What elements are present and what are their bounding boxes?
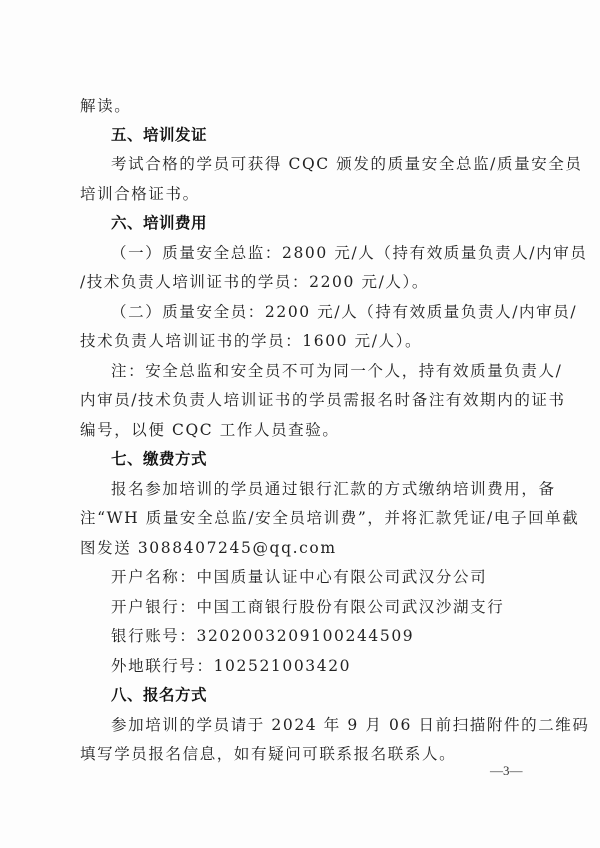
paragraph-line: 外地联行号：102521003420 — [111, 656, 530, 676]
paragraph-line: 图发送 3088407245@qq.com — [80, 538, 530, 558]
paragraph-line: 注“WH 质量安全总监/安全员培训费”，并将汇款凭证/电子回单截 — [80, 508, 530, 528]
paragraph-line: /技术负责人培训证书的学员：2200 元/人）。 — [80, 272, 530, 292]
paragraph-line: 注：安全总监和安全员不可为同一个人，持有效质量负责人/ — [111, 361, 530, 381]
paragraph-line: 培训合格证书。 — [80, 184, 530, 204]
paragraph-line: 考试合格的学员可获得 CQC 颁发的质量安全总监/质量安全员 — [111, 154, 530, 174]
paragraph-line: 技术负责人培训证书的学员：1600 元/人）。 — [80, 331, 530, 351]
section-heading: 七、缴费方式 — [111, 449, 207, 469]
paragraph-line: 开户银行：中国工商银行股份有限公司武汉沙湖支行 — [111, 597, 530, 617]
paragraph-line: 开户名称：中国质量认证中心有限公司武汉分公司 — [111, 567, 530, 587]
page-number: —3— — [490, 763, 523, 779]
paragraph-line: 解读。 — [80, 96, 530, 116]
paragraph-line: 银行账号：3202003209100244509 — [111, 626, 530, 646]
paragraph-line: 参加培训的学员请于 2024 年 9 月 06 日前扫描附件的二维码 — [111, 715, 530, 735]
paragraph-line: （一）质量安全总监：2800 元/人（持有效质量负责人/内审员 — [111, 243, 530, 263]
paragraph-line: 报名参加培训的学员通过银行汇款的方式缴纳培训费用，备 — [111, 479, 530, 499]
paragraph-line: 编号，以便 CQC 工作人员查验。 — [80, 420, 530, 440]
paragraph-line: 填写学员报名信息，如有疑问可联系报名联系人。 — [80, 744, 530, 764]
document-page: 解读。五、培训发证考试合格的学员可获得 CQC 颁发的质量安全总监/质量安全员培… — [0, 0, 600, 848]
paragraph-line: （二）质量安全员：2200 元/人（持有效质量负责人/内审员/ — [111, 302, 530, 322]
section-heading: 五、培训发证 — [111, 125, 207, 145]
section-heading: 六、培训费用 — [111, 213, 207, 233]
section-heading: 八、报名方式 — [111, 685, 207, 705]
paragraph-line: 内审员/技术负责人培训证书的学员需报名时备注有效期内的证书 — [80, 390, 530, 410]
